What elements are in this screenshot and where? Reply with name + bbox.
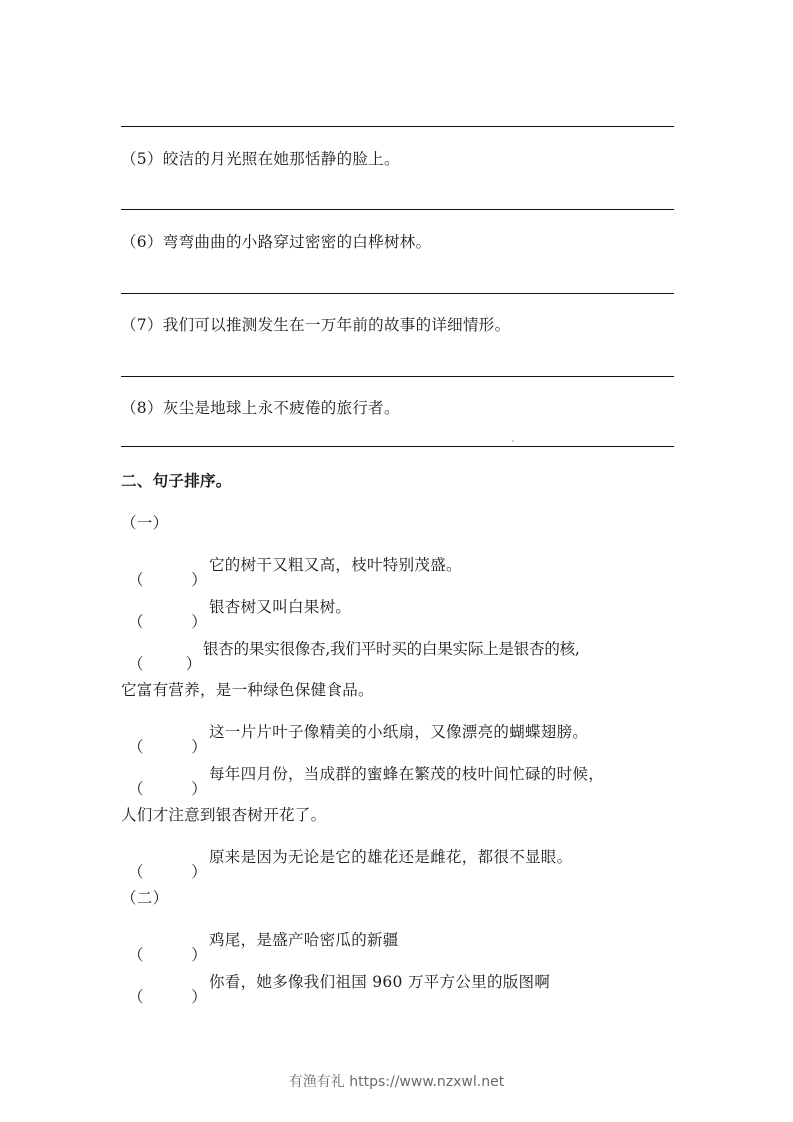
group-label-two: （二）	[121, 888, 168, 908]
answer-rule	[121, 126, 674, 127]
exercise-item-8: （8）灰尘是地球上永不疲倦的旅行者。	[121, 398, 400, 418]
ordering-item: （）它的树干又粗又高，枝叶特别茂盛。	[121, 555, 462, 575]
item-text: 银杏的果实很像杏,我们平时买的白果实际上是银杏的核,	[203, 640, 580, 658]
item-text: 我们可以推测发生在一万年前的故事的详细情形。	[163, 316, 511, 334]
ordering-item: （）鸡尾，是盛产哈密瓜的新疆	[121, 930, 399, 950]
ordering-item-continuation: 它富有营养，是一种绿色保健食品。	[121, 680, 374, 700]
ordering-item: （）银杏的果实很像杏,我们平时买的白果实际上是银杏的核,	[121, 639, 580, 659]
item-text: 你看，她多像我们祖国 960 万平方公里的版图啊	[209, 973, 550, 991]
answer-rule	[121, 446, 674, 447]
item-text: 这一片片叶子像精美的小纸扇，又像漂亮的蝴蝶翅膀。	[209, 723, 588, 741]
ordering-item: （）你看，她多像我们祖国 960 万平方公里的版图啊	[121, 972, 550, 992]
item-text: 每年四月份，当成群的蜜蜂在繁茂的枝叶间忙碌的时候，	[209, 765, 604, 783]
exercise-item-5: （5）皎洁的月光照在她那恬静的脸上。	[121, 149, 400, 169]
ordering-item: （）这一片片叶子像精美的小纸扇，又像漂亮的蝴蝶翅膀。	[121, 722, 588, 742]
item-text: 皎洁的月光照在她那恬静的脸上。	[163, 150, 400, 168]
item-text: 它的树干又粗又高，枝叶特别茂盛。	[209, 556, 462, 574]
scan-speck	[512, 440, 514, 442]
item-label: （8）	[121, 399, 163, 417]
section-heading: 二、句子排序。	[121, 471, 232, 491]
ordering-item: （）每年四月份，当成群的蜜蜂在繁茂的枝叶间忙碌的时候，	[121, 764, 604, 784]
item-text: 银杏树又叫白果树。	[209, 598, 351, 616]
item-label: （7）	[121, 316, 163, 334]
exercise-item-7: （7）我们可以推测发生在一万年前的故事的详细情形。	[121, 315, 510, 335]
item-label: （5）	[121, 150, 163, 168]
exercise-item-6: （6）弯弯曲曲的小路穿过密密的白桦树林。	[121, 232, 431, 252]
ordering-item: （）银杏树又叫白果树。	[121, 597, 351, 617]
worksheet-page: （5）皎洁的月光照在她那恬静的脸上。 （6）弯弯曲曲的小路穿过密密的白桦树林。 …	[0, 0, 793, 1122]
item-text: 弯弯曲曲的小路穿过密密的白桦树林。	[163, 233, 432, 251]
answer-rule	[121, 293, 674, 294]
ordering-item: （）原来是因为无论是它的雄花还是雌花，都很不显眼。	[121, 847, 572, 867]
item-label: （6）	[121, 233, 163, 251]
ordering-item-continuation: 人们才注意到银杏树开花了。	[121, 805, 326, 825]
footer-watermark: 有渔有礼 https://www.nzxwl.net	[0, 1071, 793, 1091]
item-text: 鸡尾，是盛产哈密瓜的新疆	[209, 931, 399, 949]
answer-rule	[121, 376, 674, 377]
answer-rule	[121, 209, 674, 210]
item-text: 原来是因为无论是它的雄花还是雌花，都很不显眼。	[209, 848, 572, 866]
item-text: 灰尘是地球上永不疲倦的旅行者。	[163, 399, 400, 417]
group-label-one: （一）	[121, 513, 168, 533]
